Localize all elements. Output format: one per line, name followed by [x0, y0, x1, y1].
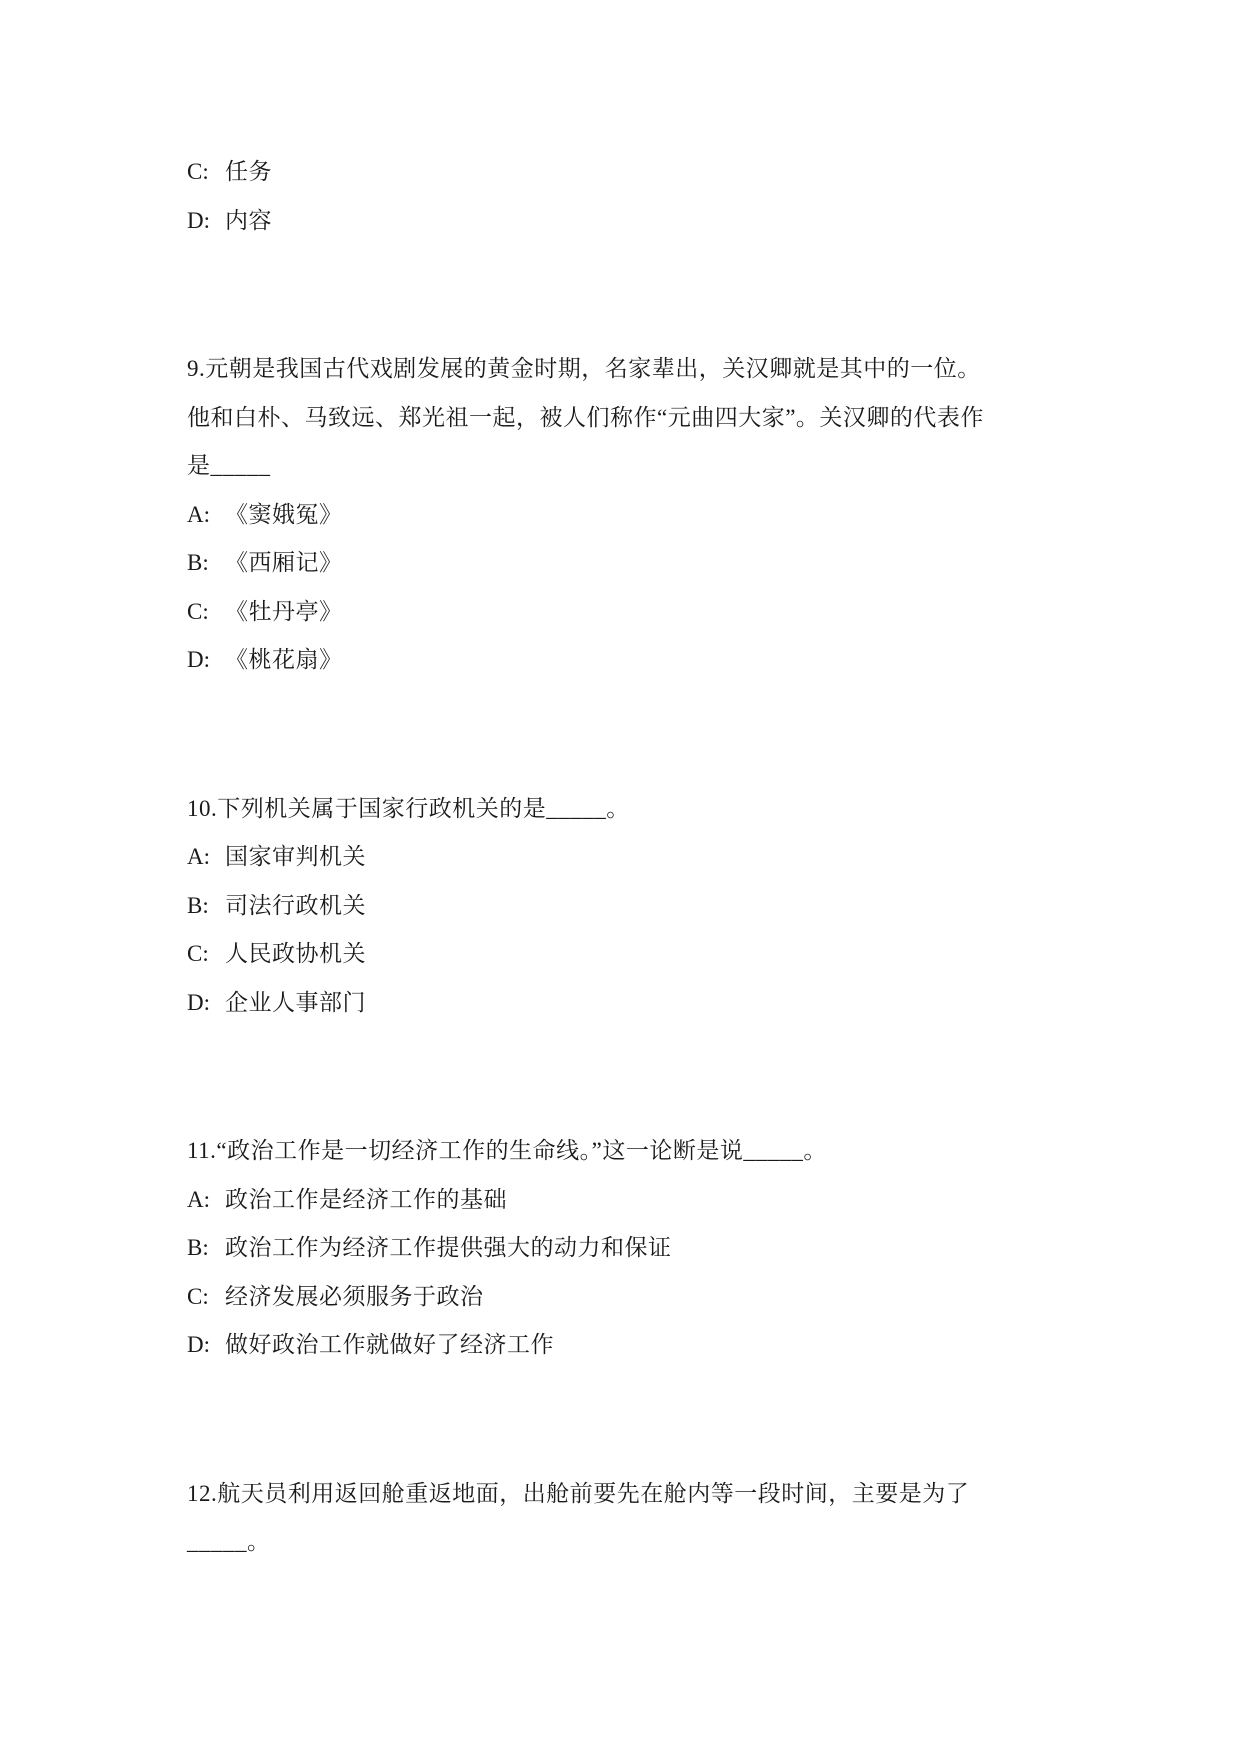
option-label: A: — [187, 491, 225, 540]
option-text: 《窦娥冤》 — [225, 491, 343, 540]
option-text: 企业人事部门 — [225, 979, 366, 1028]
option-label: A: — [187, 833, 225, 882]
option-text: 人民政协机关 — [225, 930, 366, 979]
question-text-line: 9.元朝是我国古代戏剧发展的黄金时期，名家辈出，关汉卿就是其中的一位。 — [187, 345, 1210, 394]
option-text: 司法行政机关 — [225, 882, 366, 931]
question-text-line: _____。 — [187, 1518, 1210, 1567]
option-text: 国家审判机关 — [225, 833, 366, 882]
option-text: 任务 — [225, 148, 272, 197]
question-text-line: 10.下列机关属于国家行政机关的是_____。 — [187, 785, 1210, 834]
question-text-line: 12.航天员利用返回舱重返地面，出舱前要先在舱内等一段时间，主要是为了 — [187, 1470, 1210, 1519]
option-text: 《牡丹亭》 — [225, 588, 343, 637]
option-row: D: 内容 — [187, 197, 1210, 246]
option-label: B: — [187, 539, 225, 588]
option-label: D: — [187, 1321, 225, 1370]
option-row: C: 经济发展必须服务于政治 — [187, 1273, 1210, 1322]
option-row: A: 《窦娥冤》 — [187, 491, 1210, 540]
option-row: D: 企业人事部门 — [187, 979, 1210, 1028]
option-label: C: — [187, 1273, 225, 1322]
option-text: 做好政治工作就做好了经济工作 — [225, 1321, 554, 1370]
option-label: D: — [187, 197, 225, 246]
option-label: D: — [187, 636, 225, 685]
option-text: 政治工作为经济工作提供强大的动力和保证 — [225, 1224, 672, 1273]
option-row: D: 《桃花扇》 — [187, 636, 1210, 685]
option-row: D: 做好政治工作就做好了经济工作 — [187, 1321, 1210, 1370]
option-text: 《西厢记》 — [225, 539, 343, 588]
question-9-block: 9.元朝是我国古代戏剧发展的黄金时期，名家辈出，关汉卿就是其中的一位。 他和白朴… — [187, 345, 1210, 685]
option-label: C: — [187, 588, 225, 637]
document-content: C: 任务 D: 内容 9.元朝是我国古代戏剧发展的黄金时期，名家辈出，关汉卿就… — [0, 0, 1240, 1567]
question-11-block: 11.“政治工作是一切经济工作的生命线。”这一论断是说_____。 A: 政治工… — [187, 1127, 1210, 1370]
option-row: C: 任务 — [187, 148, 1210, 197]
option-label: B: — [187, 882, 225, 931]
document-page: C: 任务 D: 内容 9.元朝是我国古代戏剧发展的黄金时期，名家辈出，关汉卿就… — [0, 0, 1240, 1753]
option-label: A: — [187, 1176, 225, 1225]
option-label: D: — [187, 979, 225, 1028]
question-12-block: 12.航天员利用返回舱重返地面，出舱前要先在舱内等一段时间，主要是为了 ____… — [187, 1470, 1210, 1567]
option-row: A: 政治工作是经济工作的基础 — [187, 1176, 1210, 1225]
question-text-line: 他和白朴、马致远、郑光祖一起，被人们称作“元曲四大家”。关汉卿的代表作 — [187, 394, 1210, 443]
option-label: B: — [187, 1224, 225, 1273]
question-10-block: 10.下列机关属于国家行政机关的是_____。 A: 国家审判机关 B: 司法行… — [187, 785, 1210, 1028]
option-text: 内容 — [225, 197, 272, 246]
option-row: B: 《西厢记》 — [187, 539, 1210, 588]
option-row: C: 《牡丹亭》 — [187, 588, 1210, 637]
option-row: A: 国家审判机关 — [187, 833, 1210, 882]
option-row: B: 政治工作为经济工作提供强大的动力和保证 — [187, 1224, 1210, 1273]
option-row: B: 司法行政机关 — [187, 882, 1210, 931]
option-text: 政治工作是经济工作的基础 — [225, 1176, 507, 1225]
option-label: C: — [187, 148, 225, 197]
leading-options-block: C: 任务 D: 内容 — [187, 148, 1210, 245]
option-text: 经济发展必须服务于政治 — [225, 1273, 484, 1322]
option-row: C: 人民政协机关 — [187, 930, 1210, 979]
option-text: 《桃花扇》 — [225, 636, 343, 685]
question-text-line: 是_____ — [187, 442, 1210, 491]
option-label: C: — [187, 930, 225, 979]
question-text-line: 11.“政治工作是一切经济工作的生命线。”这一论断是说_____。 — [187, 1127, 1210, 1176]
